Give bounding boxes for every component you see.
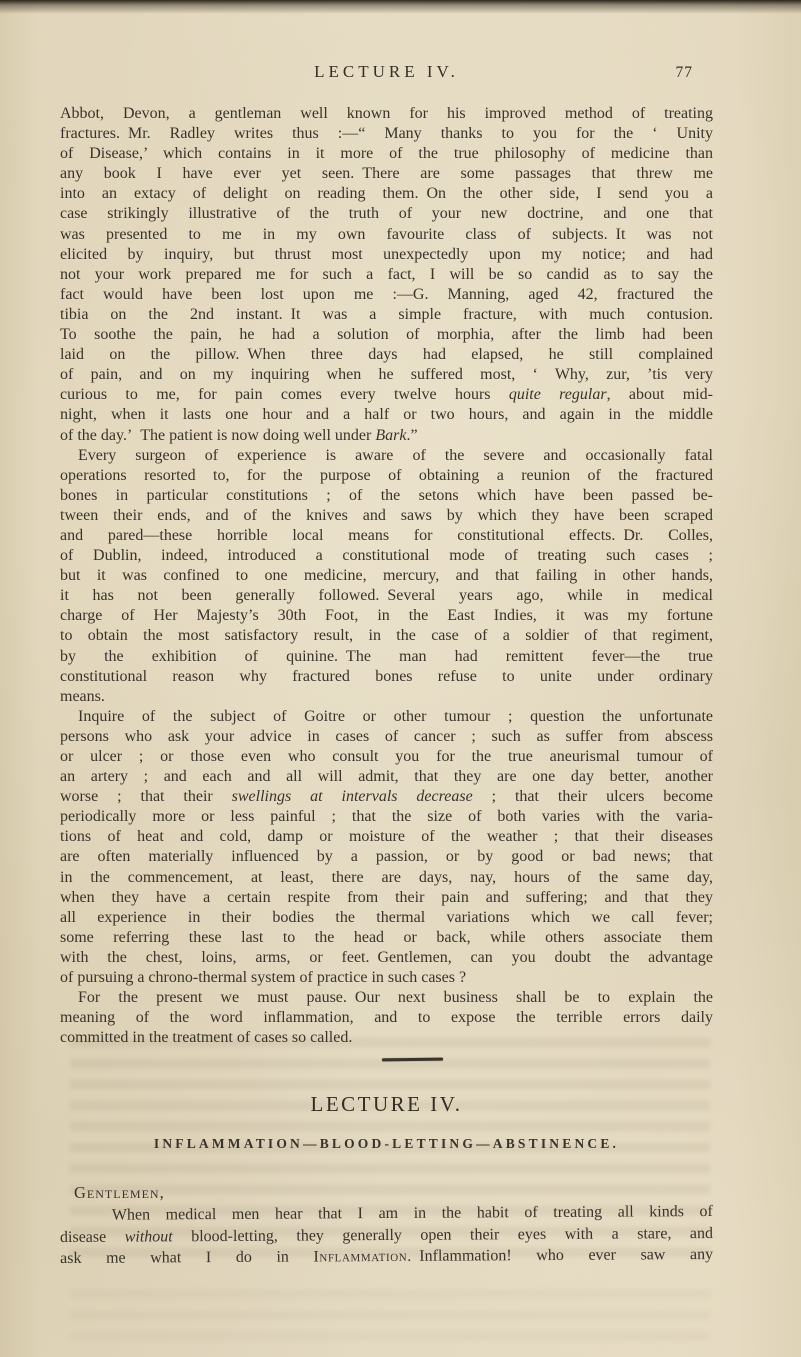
text-segment: but it was confined to one medicine, mer… — [60, 567, 713, 584]
text-segment: of Dublin, indeed, introduced a constitu… — [60, 547, 713, 564]
text-line: are often materially influenced by a pas… — [60, 847, 713, 867]
text-segment: are often materially influenced by a pas… — [60, 848, 713, 865]
text-segment: by the exhibition of quinine. The man ha… — [60, 648, 713, 665]
text-line: fact would have been lost upon me :—G. M… — [60, 285, 713, 305]
text-segment: persons who ask your advice in cases of … — [60, 728, 713, 745]
text-segment: periodically more or less painful ; that… — [60, 808, 713, 825]
text-line: means. — [60, 687, 713, 707]
text-segment: all experience in their bodies the therm… — [60, 909, 713, 926]
text-line: by the exhibition of quinine. The man ha… — [60, 647, 713, 667]
lecture-heading: LECTURE IV. — [60, 1092, 713, 1117]
running-header: LECTURE IV. 77 — [60, 62, 713, 86]
text-segment: night, when it lasts one hour and a half… — [60, 406, 713, 423]
text-segment: was presented to me in my own favourite … — [60, 226, 713, 243]
text-segment: meaning of the word inflammation, and to… — [60, 1009, 713, 1026]
text-segment: Bark — [375, 427, 406, 444]
text-segment: tibia on the 2nd instant. It was a simpl… — [60, 306, 713, 323]
text-segment: worse ; that their — [60, 788, 232, 805]
text-segment: Abbot, Devon, a gentleman well known for… — [60, 105, 713, 122]
text-line: and pared—these horrible local means for… — [60, 526, 713, 546]
text-line: all experience in their bodies the therm… — [60, 908, 713, 928]
text-line: case strikingly illustrative of the trut… — [60, 204, 713, 224]
text-line: with the chest, loins, arms, or feet. Ge… — [60, 948, 713, 968]
salutation: Gentlemen, — [74, 1183, 165, 1203]
text-segment: to obtain the most satisfactory result, … — [60, 627, 713, 644]
text-segment: Inflammation — [313, 1248, 407, 1266]
text-segment: with the chest, loins, arms, or feet. Ge… — [60, 949, 713, 966]
text-line: meaning of the word inflammation, and to… — [60, 1008, 713, 1028]
text-line: or ulcer ; or those even who consult you… — [60, 747, 713, 767]
text-line: Every surgeon of experience is aware of … — [60, 446, 713, 466]
text-segment: fact would have been lost upon me :—G. M… — [60, 286, 713, 303]
text-segment: means. — [60, 688, 105, 705]
text-segment: when they have a certain respite from th… — [60, 889, 713, 906]
text-segment: or ulcer ; or those even who consult you… — [60, 748, 713, 765]
text-segment: When medical men hear that I am in the h… — [112, 1203, 713, 1224]
text-line: For the present we must pause. Our next … — [60, 988, 713, 1008]
text-segment: quite regular — [509, 386, 607, 403]
text-segment: any book I have ever yet seen. There are… — [60, 165, 713, 182]
text-segment: constitutional reason why fractured bone… — [60, 668, 713, 685]
text-line: persons who ask your advice in cases of … — [60, 727, 713, 747]
text-segment: swellings at intervals decrease — [232, 788, 473, 805]
text-line: tibia on the 2nd instant. It was a simpl… — [60, 305, 713, 325]
text-segment: committed in the treatment of cases so c… — [60, 1029, 352, 1046]
text-segment: disease — [60, 1228, 125, 1245]
text-segment: curious to me, for pain comes every twel… — [60, 386, 509, 403]
text-line: when they have a certain respite from th… — [60, 888, 713, 908]
text-segment: elicited by inquiry, but thrust most une… — [60, 246, 713, 263]
text-segment: of pursuing a chrono-thermal system of p… — [60, 969, 466, 986]
text-segment: , about mid- — [607, 386, 713, 403]
text-line: some referring these last to the head or… — [60, 928, 713, 948]
text-segment: tween their ends, and of the knives and … — [60, 507, 713, 524]
lecture-subheading: INFLAMMATION—BLOOD-LETTING—ABSTINENCE. — [60, 1136, 713, 1152]
text-segment: For the present we must pause. Our next … — [78, 989, 713, 1006]
text-segment: Every surgeon of experience is aware of … — [78, 447, 713, 464]
text-line: elicited by inquiry, but thrust most une… — [60, 245, 713, 265]
body-text: Abbot, Devon, a gentleman well known for… — [60, 104, 713, 1048]
text-line: periodically more or less painful ; that… — [60, 807, 713, 827]
text-line: operations resorted to, for the purpose … — [60, 466, 713, 486]
text-line: curious to me, for pain comes every twel… — [60, 385, 713, 405]
text-segment: without — [125, 1228, 173, 1245]
text-line: To soothe the pain, he had a solution of… — [60, 325, 713, 345]
text-segment: of pain, and on my inquiring when he suf… — [60, 366, 713, 383]
text-line: to obtain the most satisfactory result, … — [60, 626, 713, 646]
text-segment: of Disease,’ which contains in it more o… — [60, 145, 713, 162]
text-line: of pain, and on my inquiring when he suf… — [60, 365, 713, 385]
section-divider-rule — [382, 1058, 443, 1062]
text-line: Inquire of the subject of Goitre or othe… — [60, 707, 713, 727]
text-segment: in the commencement, at least, there are… — [60, 869, 713, 886]
text-segment: not your work prepared me for such a fac… — [60, 266, 713, 283]
text-segment: operations resorted to, for the purpose … — [60, 467, 713, 484]
text-line: of pursuing a chrono-thermal system of p… — [60, 968, 713, 988]
text-segment: and pared—these horrible local means for… — [60, 527, 713, 544]
text-line: bones in particular constitutions ; of t… — [60, 486, 713, 506]
text-segment: fractures. Mr. Radley writes thus :—“ Ma… — [60, 125, 713, 142]
text-line: not your work prepared me for such a fac… — [60, 265, 713, 285]
text-line: fractures. Mr. Radley writes thus :—“ Ma… — [60, 124, 713, 144]
text-line: of the day.’ The patient is now doing we… — [60, 426, 713, 446]
text-segment: it has not been generally followed. Seve… — [60, 587, 713, 604]
text-line: in the commencement, at least, there are… — [60, 868, 713, 888]
running-header-title: LECTURE IV. — [60, 62, 713, 82]
text-line: Abbot, Devon, a gentleman well known for… — [60, 104, 713, 124]
text-line: into an extacy of delight on reading the… — [60, 184, 713, 204]
text-line: worse ; that their swellings at interval… — [60, 787, 713, 807]
text-line: tions of heat and cold, damp or moisture… — [60, 827, 713, 847]
text-segment: an artery ; and each and all will admit,… — [60, 768, 713, 785]
text-segment: bones in particular constitutions ; of t… — [60, 487, 713, 504]
text-line: an artery ; and each and all will admit,… — [60, 767, 713, 787]
text-line: laid on the pillow. When three days had … — [60, 345, 713, 365]
text-segment: of the day.’ The patient is now doing we… — [60, 427, 375, 444]
text-line: of Disease,’ which contains in it more o… — [60, 144, 713, 164]
text-segment: ask me what I do in — [60, 1249, 313, 1268]
text-segment: Inquire of the subject of Goitre or othe… — [78, 708, 713, 725]
text-segment: laid on the pillow. When three days had … — [60, 346, 713, 363]
text-line: committed in the treatment of cases so c… — [60, 1028, 713, 1048]
text-segment: case strikingly illustrative of the trut… — [60, 205, 713, 222]
page-number: 77 — [676, 64, 694, 82]
text-segment: ; that their ulcers become — [473, 788, 713, 805]
text-segment: blood-letting, they generally open their… — [173, 1225, 713, 1245]
text-segment: . Inflammation! who ever saw any — [407, 1246, 713, 1265]
text-line: was presented to me in my own favourite … — [60, 225, 713, 245]
text-line: but it was confined to one medicine, mer… — [60, 566, 713, 586]
text-line: tween their ends, and of the knives and … — [60, 506, 713, 526]
lecture-text: When medical men hear that I am in the h… — [60, 1201, 713, 1270]
page-top-edge — [0, 0, 801, 14]
text-segment: To soothe the pain, he had a solution of… — [60, 326, 713, 343]
text-line: constitutional reason why fractured bone… — [60, 667, 713, 687]
text-segment: into an extacy of delight on reading the… — [60, 185, 713, 202]
text-line: night, when it lasts one hour and a half… — [60, 405, 713, 425]
text-line: any book I have ever yet seen. There are… — [60, 164, 713, 184]
text-line: charge of Her Majesty’s 30th Foot, in th… — [60, 606, 713, 626]
text-segment: .” — [406, 427, 417, 444]
text-segment: charge of Her Majesty’s 30th Foot, in th… — [60, 607, 713, 624]
text-segment: some referring these last to the head or… — [60, 929, 713, 946]
text-line: it has not been generally followed. Seve… — [60, 586, 713, 606]
text-line: of Dublin, indeed, introduced a constitu… — [60, 546, 713, 566]
page-bleedthrough-lower — [70, 1290, 710, 1350]
text-line: ask me what I do in Inflammation. Inflam… — [60, 1244, 713, 1270]
text-segment: tions of heat and cold, damp or moisture… — [60, 828, 713, 845]
book-page: LECTURE IV. 77 Abbot, Devon, a gentleman… — [0, 0, 801, 1357]
